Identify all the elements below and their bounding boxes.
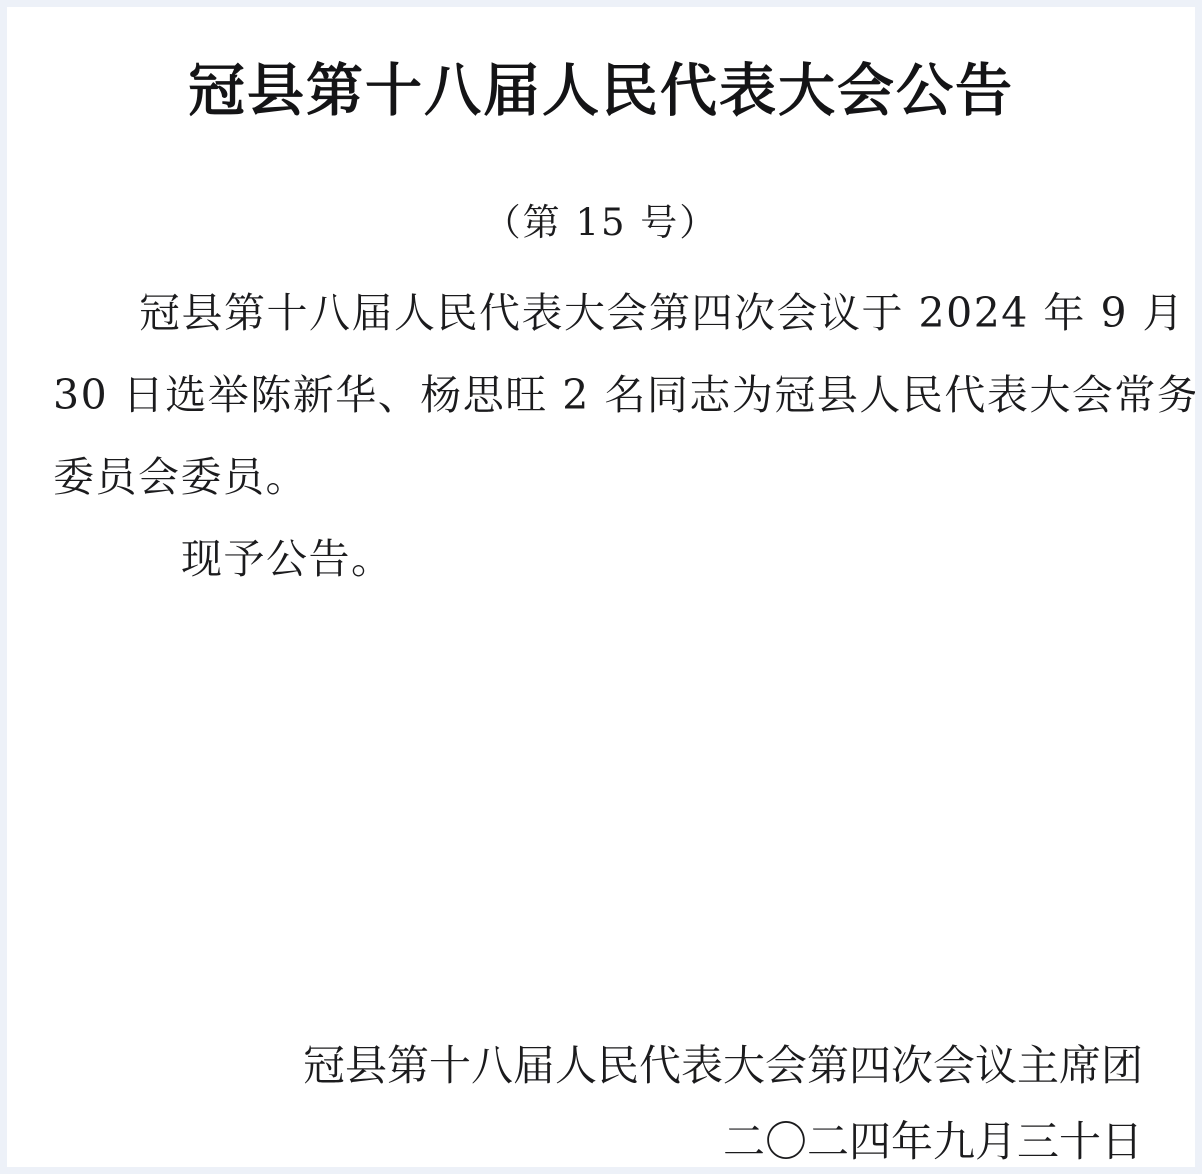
document-title: 冠县第十八届人民代表大会公告	[7, 57, 1195, 125]
paragraph-1-line-2: 30 日选举陈新华、杨思旺 2 名同志为冠县人民代表大会常务	[53, 354, 1147, 436]
body-paragraph-2: 现予公告。	[53, 518, 1147, 600]
signature-line: 冠县第十八届人民代表大会第四次会议主席团	[7, 1028, 1143, 1104]
document-body: 冠县第十八届人民代表大会第四次会议于 2024 年 9 月 30 日选举陈新华、…	[53, 272, 1147, 600]
paragraph-1-line-1: 冠县第十八届人民代表大会第四次会议于 2024 年 9 月	[53, 272, 1147, 354]
paragraph-1-line-3: 委员会委员。	[53, 436, 1147, 518]
announcement-page: 冠县第十八届人民代表大会公告 （第 15 号） 冠县第十八届人民代表大会第四次会…	[0, 0, 1202, 1174]
document-number: （第 15 号）	[7, 203, 1195, 243]
paragraph-2-line-1: 现予公告。	[53, 518, 1147, 600]
date-line: 二〇二四年九月三十日	[7, 1104, 1143, 1174]
body-paragraph-1: 冠县第十八届人民代表大会第四次会议于 2024 年 9 月 30 日选举陈新华、…	[53, 272, 1147, 518]
signature-block: 冠县第十八届人民代表大会第四次会议主席团 二〇二四年九月三十日	[7, 1028, 1143, 1174]
